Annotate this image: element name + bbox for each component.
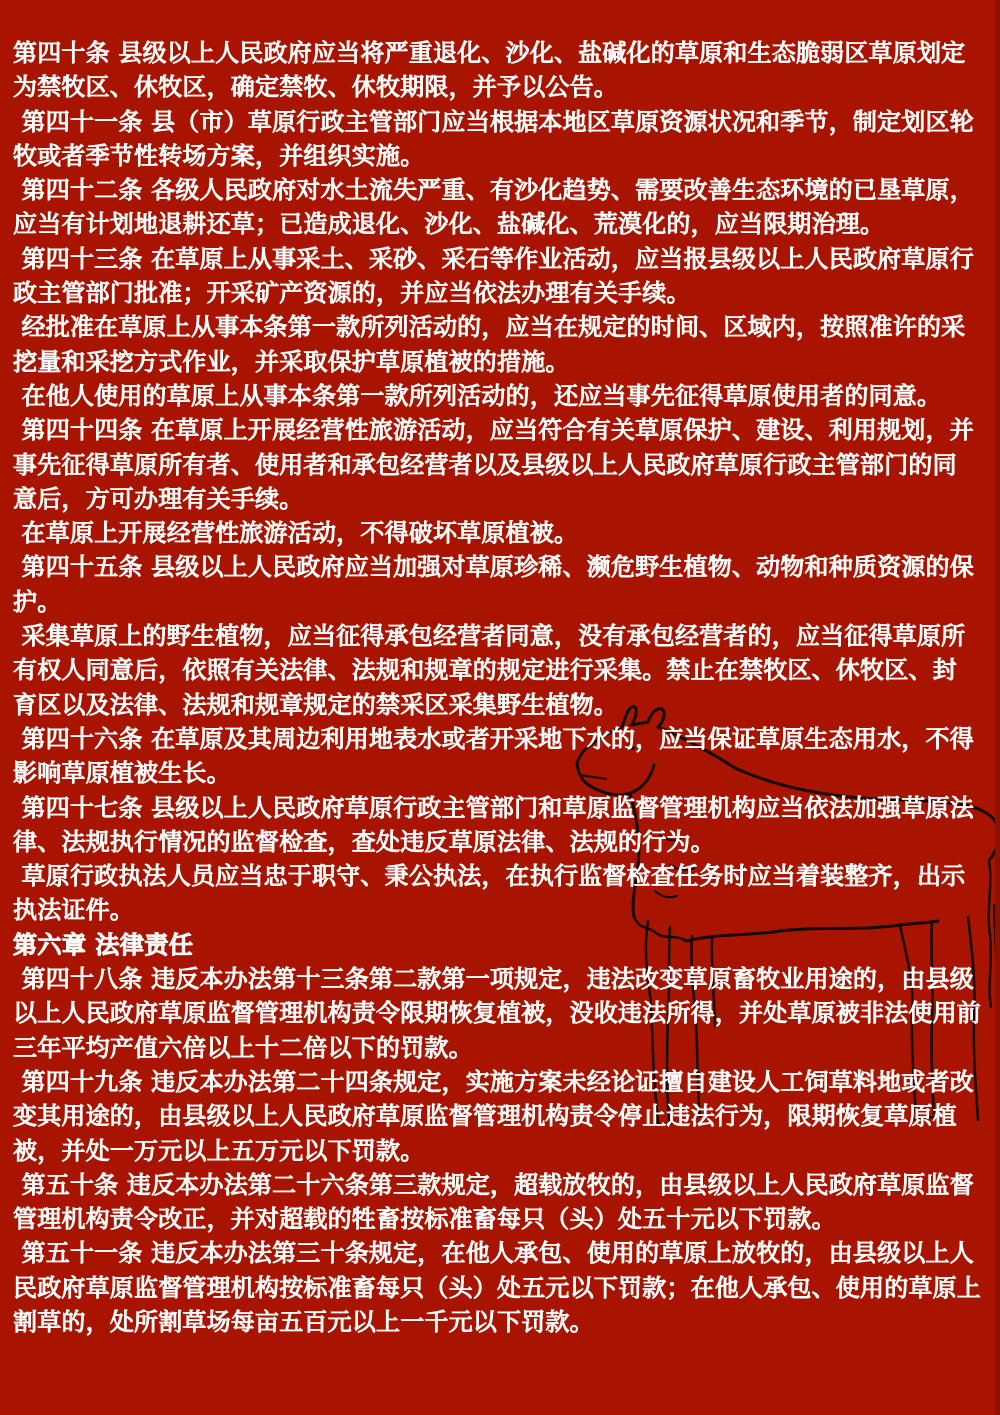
text-line: 第五十一条 违反本办法第三十条规定，在他人承包、使用的草原上放牧的，由县级以上人 [13,1236,988,1270]
text-line: 意后，方可办理有关手续。 [13,482,988,516]
text-line: 采集草原上的野生植物，应当征得承包经营者同意，没有承包经营者的，应当征得草原所 [13,619,988,653]
text-line: 变其用途的，由县级以上人民政府草原监督管理机构责令停止违法行为，限期恢复草原植 [13,1099,988,1133]
text-line: 第四十三条 在草原上从事采土、采砂、采石等作业活动，应当报县级以上人民政府草原行 [13,242,988,276]
text-line: 挖量和采挖方式作业，并采取保护草原植被的措施。 [13,345,988,379]
text-line: 第四十一条 县（市）草原行政主管部门应当根据本地区草原资源状况和季节，制定划区轮 [13,105,988,139]
chapter-heading: 第六章 法律责任 [13,928,988,962]
text-line: 在草原上开展经营性旅游活动，不得破坏草原植被。 [13,516,988,550]
text-line: 被，并处一万元以上五万元以下罚款。 [13,1134,988,1168]
text-line: 管理机构责令改正，并对超载的牲畜按标准畜每只（头）处五十元以下罚款。 [13,1202,988,1236]
text-line: 第四十四条 在草原上开展经营性旅游活动，应当符合有关草原保护、建设、利用规划，并 [13,413,988,447]
text-line: 经批准在草原上从事本条第一款所列活动的，应当在规定的时间、区域内，按照准许的采 [13,310,988,344]
text-line: 第四十条 县级以上人民政府应当将严重退化、沙化、盐碱化的草原和生态脆弱区草原划定 [13,36,988,70]
text-line: 应当有计划地退耕还草；已造成退化、沙化、盐碱化、荒漠化的，应当限期治理。 [13,207,988,241]
text-line: 护。 [13,585,988,619]
page-right-edge-shade [995,0,1000,1415]
text-line: 第四十二条 各级人民政府对水土流失严重、有沙化趋势、需要改善生态环境的已垦草原， [13,173,988,207]
text-line: 影响草原植被生长。 [13,756,988,790]
text-line: 割草的，处所割草场每亩五百元以上一千元以下罚款。 [13,1305,988,1339]
text-line: 为禁牧区、休牧区，确定禁牧、休牧期限，并予以公告。 [13,70,988,104]
text-line: 民政府草原监督管理机构按标准畜每只（头）处五元以下罚款；在他人承包、使用的草原上 [13,1271,988,1305]
text-line: 第四十五条 县级以上人民政府应当加强对草原珍稀、濒危野生植物、动物和种质资源的保 [13,550,988,584]
text-line: 在他人使用的草原上从事本条第一款所列活动的，还应当事先征得草原使用者的同意。 [13,379,988,413]
text-line: 草原行政执法人员应当忠于职守、秉公执法，在执行监督检查任务时应当着装整齐，出示 [13,859,988,893]
text-line: 牧或者季节性转场方案，并组织实施。 [13,139,988,173]
text-line: 第五十条 违反本办法第二十六条第三款规定，超载放牧的，由县级以上人民政府草原监督 [13,1168,988,1202]
text-line: 第四十八条 违反本办法第十三条第二款第一项规定，违法改变草原畜牧业用途的，由县级 [13,962,988,996]
text-line: 有权人同意后，依照有关法律、法规和规章的规定进行采集。禁止在禁牧区、休牧区、封 [13,653,988,687]
text-line: 第四十七条 县级以上人民政府草原行政主管部门和草原监督管理机构应当依法加强草原法 [13,791,988,825]
legal-text-block: 第四十条 县级以上人民政府应当将严重退化、沙化、盐碱化的草原和生态脆弱区草原划定… [13,36,988,1339]
text-line: 事先征得草原所有者、使用者和承包经营者以及县级以上人民政府草原行政主管部门的同 [13,448,988,482]
text-line: 第四十六条 在草原及其周边利用地表水或者开采地下水的，应当保证草原生态用水，不得 [13,722,988,756]
text-line: 政主管部门批准；开采矿产资源的，并应当依法办理有关手续。 [13,276,988,310]
text-line: 执法证件。 [13,893,988,927]
text-line: 第四十九条 违反本办法第二十四条规定，实施方案未经论证擅自建设人工饲草料地或者改 [13,1065,988,1099]
text-line: 律、法规执行情况的监督检查，查处违反草原法律、法规的行为。 [13,825,988,859]
text-line: 三年平均产值六倍以上十二倍以下的罚款。 [13,1031,988,1065]
document-page: 第四十条 县级以上人民政府应当将严重退化、沙化、盐碱化的草原和生态脆弱区草原划定… [0,0,1000,1415]
text-line: 育区以及法律、法规和规章规定的禁采区采集野生植物。 [13,688,988,722]
text-line: 以上人民政府草原监督管理机构责令限期恢复植被，没收违法所得，并处草原被非法使用前 [13,996,988,1030]
